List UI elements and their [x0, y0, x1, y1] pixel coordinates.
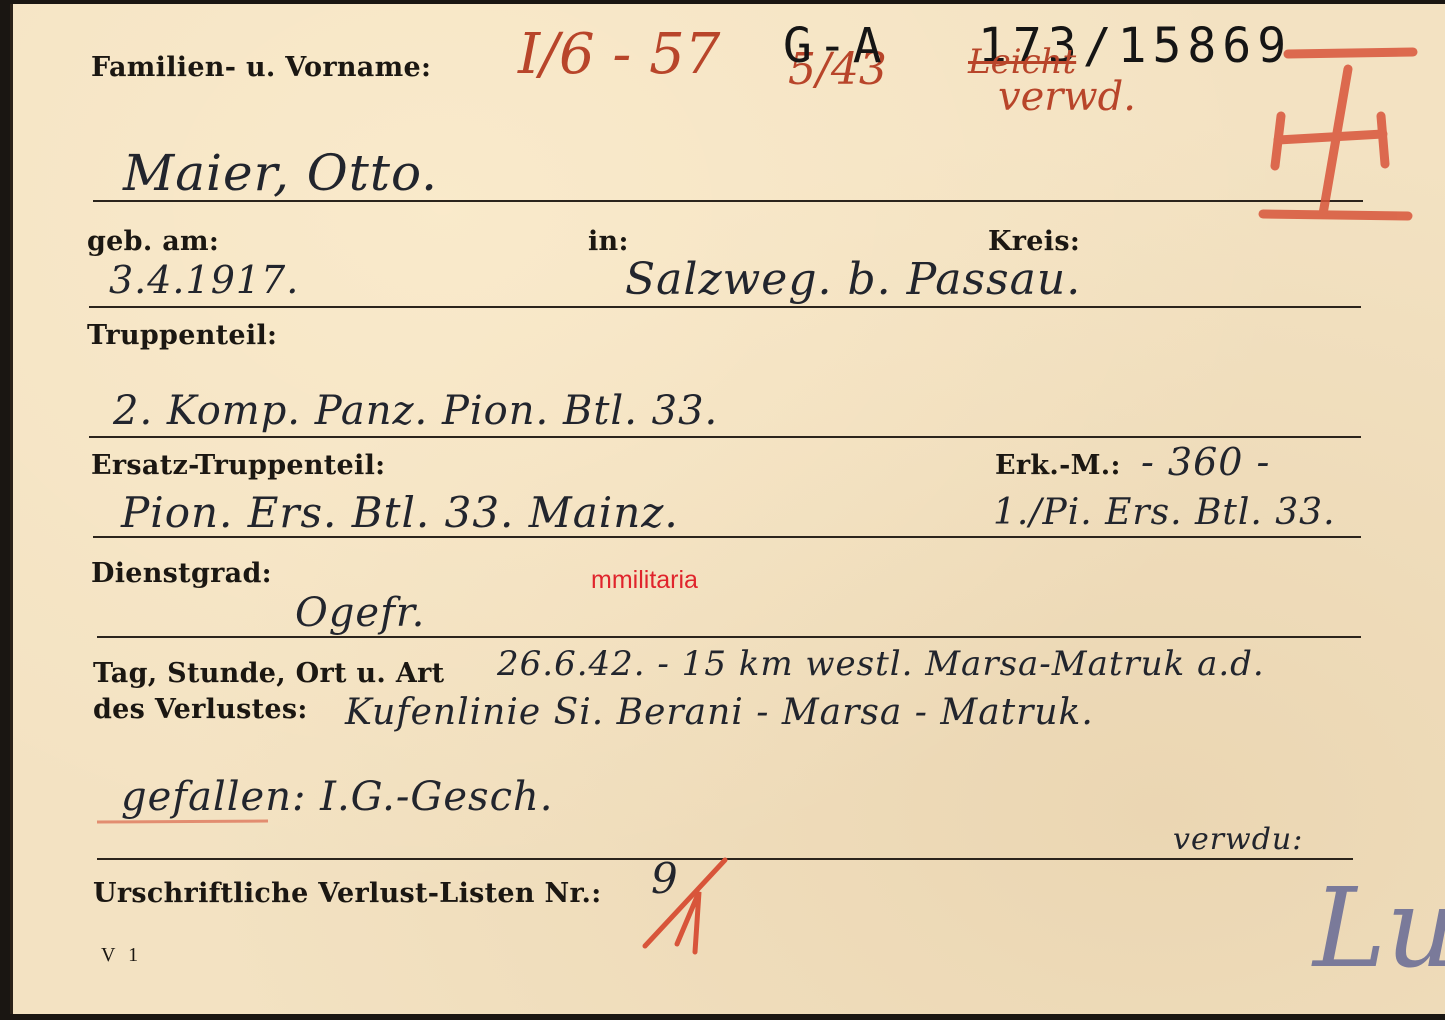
- birth-rule: [89, 306, 1361, 308]
- id-tag-unit: 1./Pi. Ers. Btl. 33.: [993, 492, 1336, 533]
- note-right: verwdu:: [1173, 822, 1303, 857]
- loss-rule: [97, 858, 1353, 860]
- name-value: Maier, Otto.: [123, 144, 438, 202]
- form-number: V 1: [101, 944, 142, 967]
- watermark: mmilitaria: [591, 566, 698, 595]
- birth-place-label: in:: [588, 226, 629, 257]
- red-note: verwd.: [998, 74, 1136, 120]
- loss-value-line1: 26.6.42. - 15 km westl. Marsa-Matruk a.d…: [497, 644, 1265, 684]
- birth-date-value: 3.4.1917.: [109, 258, 299, 302]
- replacement-unit-label: Ersatz-Truppenteil:: [91, 450, 385, 481]
- rank-value: Ogefr.: [295, 590, 425, 636]
- loss-value-line3: gefallen: I.G.-Gesch.: [121, 774, 553, 820]
- name-rule: [93, 200, 1363, 202]
- name-label: Familien- u. Vorname:: [91, 52, 431, 83]
- id-tag-label: Erk.-M.:: [995, 450, 1121, 481]
- birth-date-label: geb. am:: [87, 226, 219, 257]
- id-tag-value: - 360 -: [1141, 440, 1270, 484]
- loss-list-label: Urschriftliche Verlust-Listen Nr.:: [93, 878, 602, 909]
- crossed-h-icon: [1263, 52, 1413, 216]
- unit-rule: [89, 436, 1361, 438]
- loss-value-line2: Kufenlinie Si. Berani - Marsa - Matruk.: [345, 692, 1094, 733]
- loss-list-value: 9: [651, 854, 679, 903]
- district-label: Kreis:: [988, 226, 1080, 257]
- loss-label-line1: Tag, Stunde, Ort u. Art: [93, 658, 444, 689]
- unit-label: Truppenteil:: [87, 320, 277, 351]
- rank-rule: [97, 636, 1361, 638]
- casualty-card: Familien- u. Vorname: I/6 - 57 5/43 G-A …: [10, 4, 1445, 1014]
- pencil-initial: Lu: [1313, 864, 1445, 992]
- loss-label-line2: des Verlustes:: [93, 694, 308, 725]
- replacement-unit-value: Pion. Ers. Btl. 33. Mainz.: [121, 488, 679, 537]
- unit-value: 2. Komp. Panz. Pion. Btl. 33.: [113, 388, 718, 434]
- birth-place-value: Salzweg. b. Passau.: [625, 254, 1081, 305]
- replacement-unit-rule: [93, 536, 1361, 538]
- red-file-reference: I/6 - 57: [518, 22, 720, 87]
- typed-reference-prefix: G-A: [783, 18, 888, 74]
- rank-label: Dienstgrad:: [91, 558, 272, 589]
